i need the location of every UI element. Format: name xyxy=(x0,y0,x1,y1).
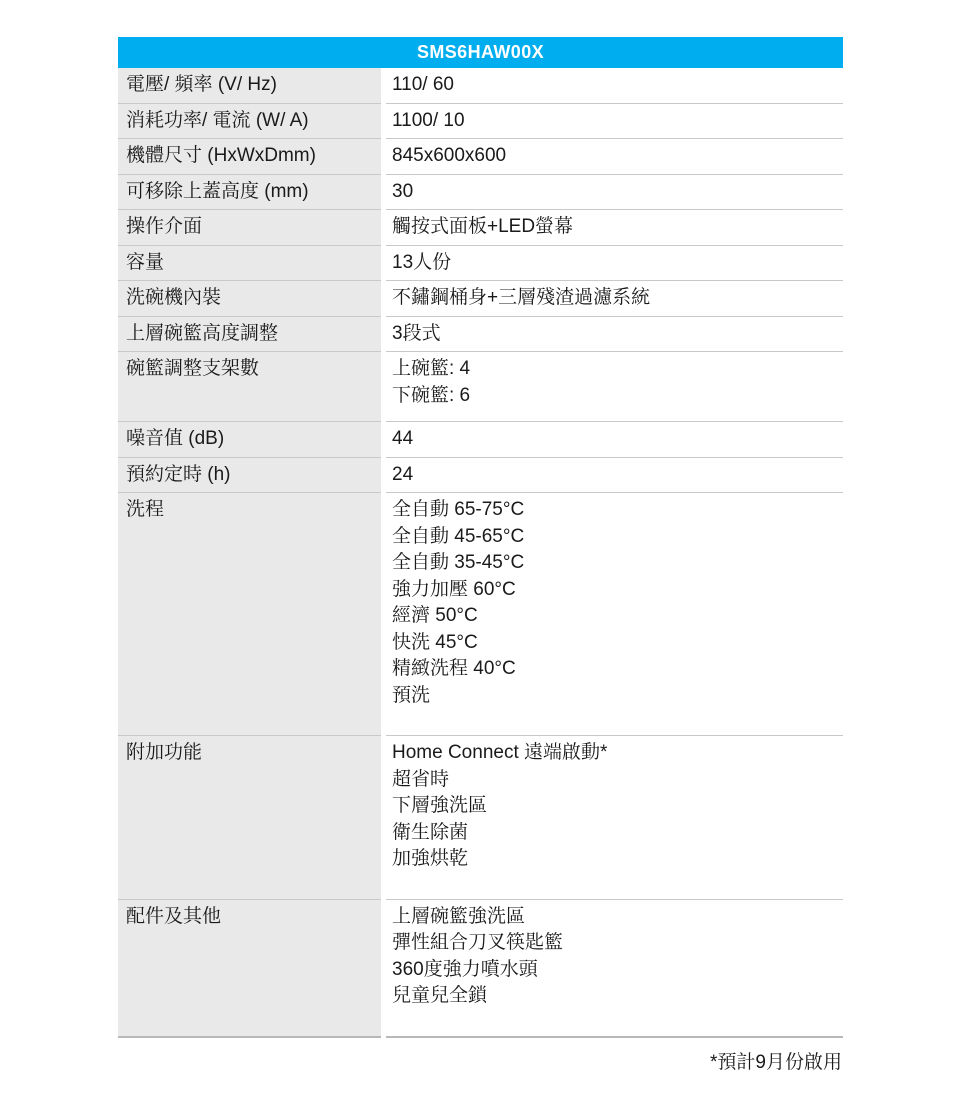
spec-value: Home Connect 遠端啟動*超省時下層強洗區衛生除菌加強烘乾 xyxy=(386,736,843,900)
spec-value: 上層碗籃強洗區彈性組合刀叉筷匙籃360度強力噴水頭兒童兒全鎖 xyxy=(386,900,843,1038)
spec-label: 機體尺寸 (HxWxDmm) xyxy=(118,139,381,175)
spec-rows: 電壓/ 頻率 (V/ Hz) 110/ 60 消耗功率/ 電流 (W/ A) 1… xyxy=(118,68,843,1038)
spec-value-line: 彈性組合刀叉筷匙籃 xyxy=(392,930,837,957)
spec-value: 845x600x600 xyxy=(386,139,843,175)
spec-value-line: 全自動 45-65°C xyxy=(392,524,837,551)
spec-label: 噪音值 (dB) xyxy=(118,422,381,458)
spec-value: 44 xyxy=(386,422,843,458)
spec-row: 可移除上蓋高度 (mm) 30 xyxy=(118,175,843,211)
spec-value-line: 不鏽鋼桶身+三層殘渣過濾系統 xyxy=(392,285,837,312)
spec-label: 預約定時 (h) xyxy=(118,458,381,494)
model-name: SMS6HAW00X xyxy=(417,42,544,63)
spec-row: 機體尺寸 (HxWxDmm) 845x600x600 xyxy=(118,139,843,175)
spec-value-line: 上層碗籃強洗區 xyxy=(392,904,837,931)
spec-value-line: 845x600x600 xyxy=(392,143,837,170)
spec-row: 附加功能 Home Connect 遠端啟動*超省時下層強洗區衛生除菌加強烘乾 xyxy=(118,736,843,900)
spec-value-line: 44 xyxy=(392,426,837,453)
spec-value-line: 1100/ 10 xyxy=(392,108,837,135)
spec-label: 配件及其他 xyxy=(118,900,381,1038)
spec-label: 容量 xyxy=(118,246,381,282)
spec-value-line: 強力加壓 60°C xyxy=(392,577,837,604)
spec-value: 24 xyxy=(386,458,843,494)
spec-value-line: 24 xyxy=(392,462,837,489)
spec-row: 預約定時 (h) 24 xyxy=(118,458,843,494)
spec-row: 消耗功率/ 電流 (W/ A) 1100/ 10 xyxy=(118,104,843,140)
spec-value-line: 兒童兒全鎖 xyxy=(392,983,837,1010)
spec-label: 上層碗籃高度調整 xyxy=(118,317,381,353)
spec-row: 洗程 全自動 65-75°C全自動 45-65°C全自動 35-45°C強力加壓… xyxy=(118,493,843,736)
spec-value: 上碗籃: 4下碗籃: 6 xyxy=(386,352,843,422)
spec-table: SMS6HAW00X 電壓/ 頻率 (V/ Hz) 110/ 60 消耗功率/ … xyxy=(118,37,843,1074)
spec-value-line: 精緻洗程 40°C xyxy=(392,656,837,683)
spec-value-line: 衛生除菌 xyxy=(392,820,837,847)
spec-row: 容量 13人份 xyxy=(118,246,843,282)
spec-value-line: 3段式 xyxy=(392,321,837,348)
spec-sheet-page: SMS6HAW00X 電壓/ 頻率 (V/ Hz) 110/ 60 消耗功率/ … xyxy=(0,0,960,1108)
spec-row: 上層碗籃高度調整 3段式 xyxy=(118,317,843,353)
spec-value-line: 快洗 45°C xyxy=(392,630,837,657)
footnote: *預計9月份啟用 xyxy=(118,1038,843,1074)
spec-value: 3段式 xyxy=(386,317,843,353)
spec-value-line: 經濟 50°C xyxy=(392,603,837,630)
spec-value-line: 下碗籃: 6 xyxy=(392,383,837,410)
spec-value: 不鏽鋼桶身+三層殘渣過濾系統 xyxy=(386,281,843,317)
spec-value: 觸按式面板+LED螢幕 xyxy=(386,210,843,246)
spec-row: 噪音值 (dB) 44 xyxy=(118,422,843,458)
spec-value-line: 下層強洗區 xyxy=(392,793,837,820)
spec-value-line: 上碗籃: 4 xyxy=(392,356,837,383)
spec-value: 1100/ 10 xyxy=(386,104,843,140)
spec-value-line: 全自動 65-75°C xyxy=(392,497,837,524)
spec-value: 110/ 60 xyxy=(386,68,843,104)
spec-label: 附加功能 xyxy=(118,736,381,900)
spec-label: 操作介面 xyxy=(118,210,381,246)
spec-label: 洗程 xyxy=(118,493,381,736)
spec-value-line: 30 xyxy=(392,179,837,206)
spec-value-line: 超省時 xyxy=(392,767,837,794)
spec-row: 操作介面 觸按式面板+LED螢幕 xyxy=(118,210,843,246)
spec-row: 配件及其他 上層碗籃強洗區彈性組合刀叉筷匙籃360度強力噴水頭兒童兒全鎖 xyxy=(118,900,843,1038)
spec-value-line: Home Connect 遠端啟動* xyxy=(392,740,837,767)
spec-label: 可移除上蓋高度 (mm) xyxy=(118,175,381,211)
spec-row: 碗籃調整支架數 上碗籃: 4下碗籃: 6 xyxy=(118,352,843,422)
spec-label: 電壓/ 頻率 (V/ Hz) xyxy=(118,68,381,104)
spec-value-line: 全自動 35-45°C xyxy=(392,550,837,577)
spec-value-line: 110/ 60 xyxy=(392,72,837,99)
spec-value: 30 xyxy=(386,175,843,211)
model-header: SMS6HAW00X xyxy=(118,37,843,68)
spec-value-line: 預洗 xyxy=(392,683,837,710)
spec-label: 洗碗機內裝 xyxy=(118,281,381,317)
spec-value: 全自動 65-75°C全自動 45-65°C全自動 35-45°C強力加壓 60… xyxy=(386,493,843,736)
spec-value-line: 360度強力噴水頭 xyxy=(392,957,837,984)
spec-value-line: 加強烘乾 xyxy=(392,846,837,873)
spec-value-line: 觸按式面板+LED螢幕 xyxy=(392,214,837,241)
spec-value: 13人份 xyxy=(386,246,843,282)
spec-label: 消耗功率/ 電流 (W/ A) xyxy=(118,104,381,140)
spec-row: 電壓/ 頻率 (V/ Hz) 110/ 60 xyxy=(118,68,843,104)
spec-row: 洗碗機內裝 不鏽鋼桶身+三層殘渣過濾系統 xyxy=(118,281,843,317)
spec-value-line: 13人份 xyxy=(392,250,837,277)
spec-label: 碗籃調整支架數 xyxy=(118,352,381,422)
